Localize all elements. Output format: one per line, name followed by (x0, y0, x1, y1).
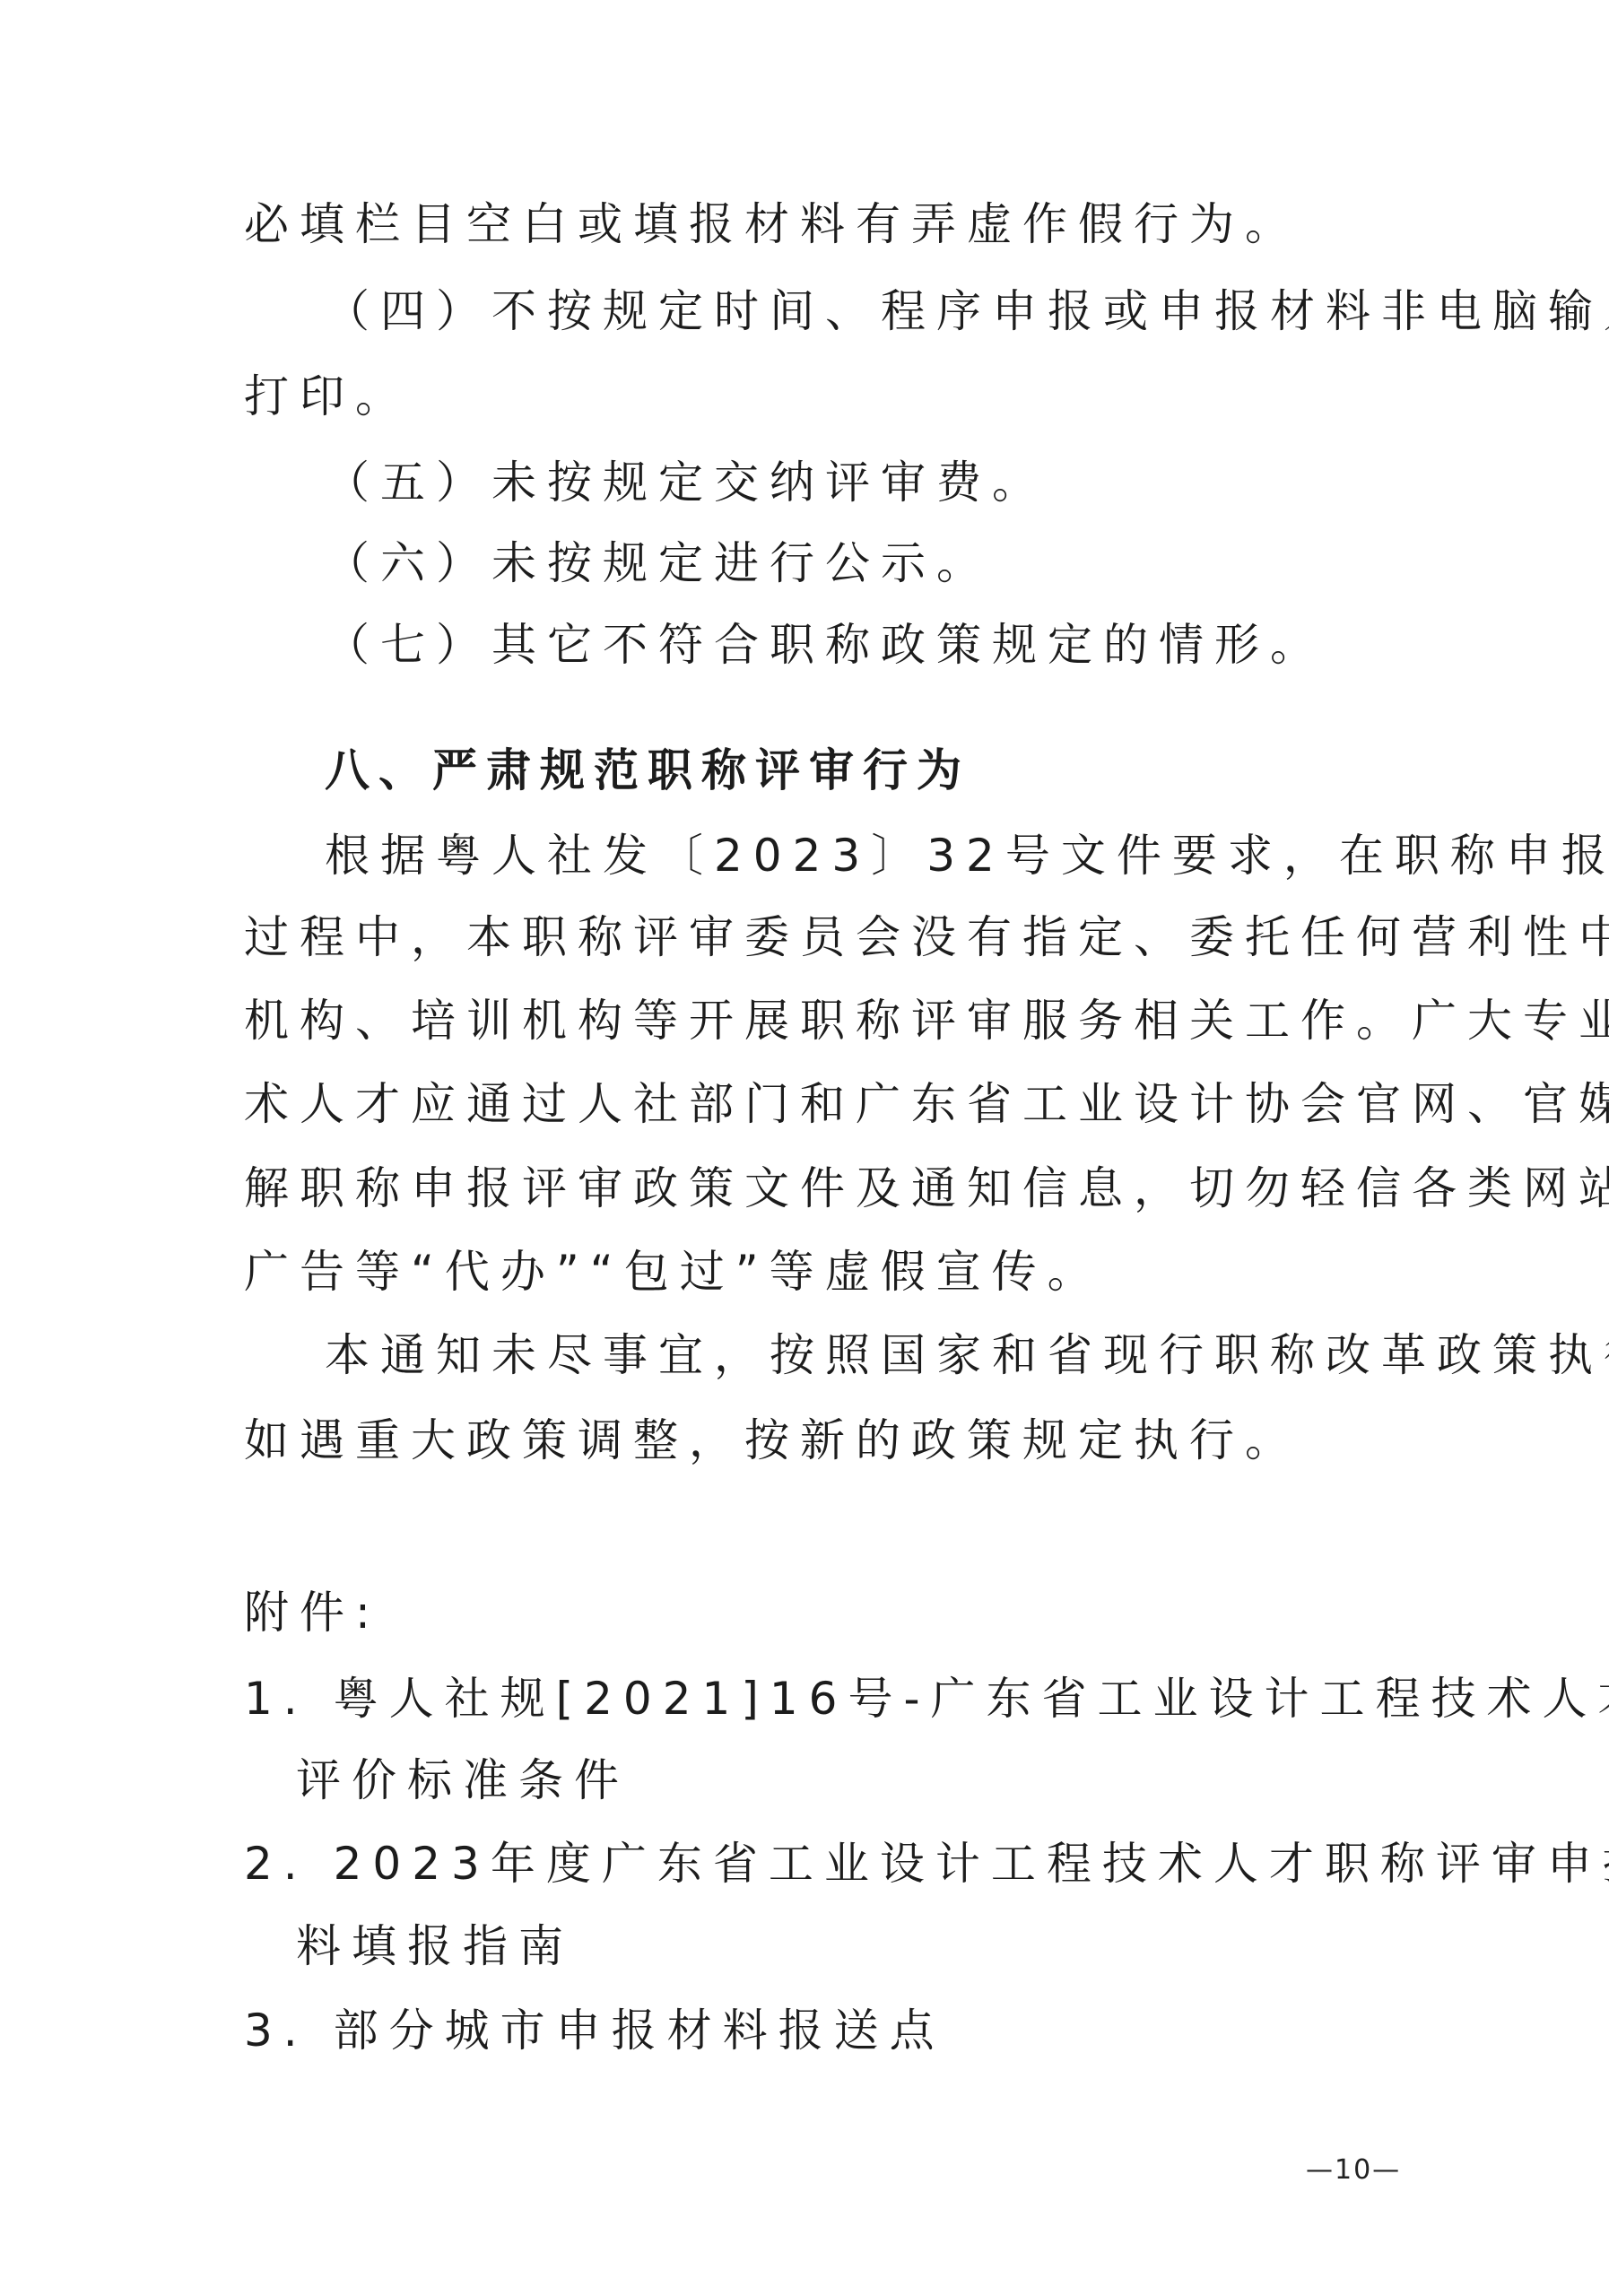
paragraph-line: 过程中，本职称评审委员会没有指定、委托任何营利性中介 (244, 910, 1609, 964)
list-item-5: （五）未按规定交纳评审费。 (325, 456, 1048, 509)
paragraph-line: 术人才应通过人社部门和广东省工业设计协会官网、官媒了 (244, 1077, 1609, 1131)
attachment-item-1: 1. 粤人社规[2021]16号-广东省工业设计工程技术人才职称 (244, 1672, 1609, 1726)
paragraph-line: 机构、培训机构等开展职称评审服务相关工作。广大专业技 (244, 994, 1609, 1048)
section-heading: 八、严肃规范职称评审行为 (325, 744, 970, 797)
attachment-item-1-cont: 评价标准条件 (296, 1753, 630, 1807)
paragraph-line: 广告等“代办”“包过”等虚假宣传。 (244, 1245, 1103, 1299)
paragraph-line: 解职称申报评审政策文件及通知信息，切勿轻信各类网站、 (244, 1161, 1609, 1215)
attachments-label: 附件: (244, 1586, 381, 1639)
paragraph-line: 本通知未尽事宜，按照国家和省现行职称改革政策执行。 (325, 1328, 1609, 1382)
list-item-7: （七）其它不符合职称政策规定的情形。 (325, 618, 1326, 672)
document-page: 必填栏目空白或填报材料有弄虚作假行为。 （四）不按规定时间、程序申报或申报材料非… (0, 0, 1609, 2296)
list-item-4: （四）不按规定时间、程序申报或申报材料非电脑输入 (325, 284, 1609, 338)
text-line: 打印。 (244, 370, 411, 423)
list-item-6: （六）未按规定进行公示。 (325, 536, 992, 590)
paragraph-line: 根据粤人社发〔2023〕32号文件要求，在职称申报评审 (325, 829, 1609, 883)
paragraph-line: 如遇重大政策调整，按新的政策规定执行。 (244, 1413, 1300, 1467)
page-number: —10— (1306, 2154, 1401, 2186)
text-line: 必填栏目空白或填报材料有弄虚作假行为。 (244, 197, 1300, 251)
attachment-item-2-cont: 料填报指南 (296, 1919, 574, 1973)
attachment-item-2: 2. 2023年度广东省工业设计工程技术人才职称评审申报材 (244, 1837, 1609, 1891)
attachment-item-3: 3. 部分城市申报材料报送点 (244, 2004, 945, 2057)
